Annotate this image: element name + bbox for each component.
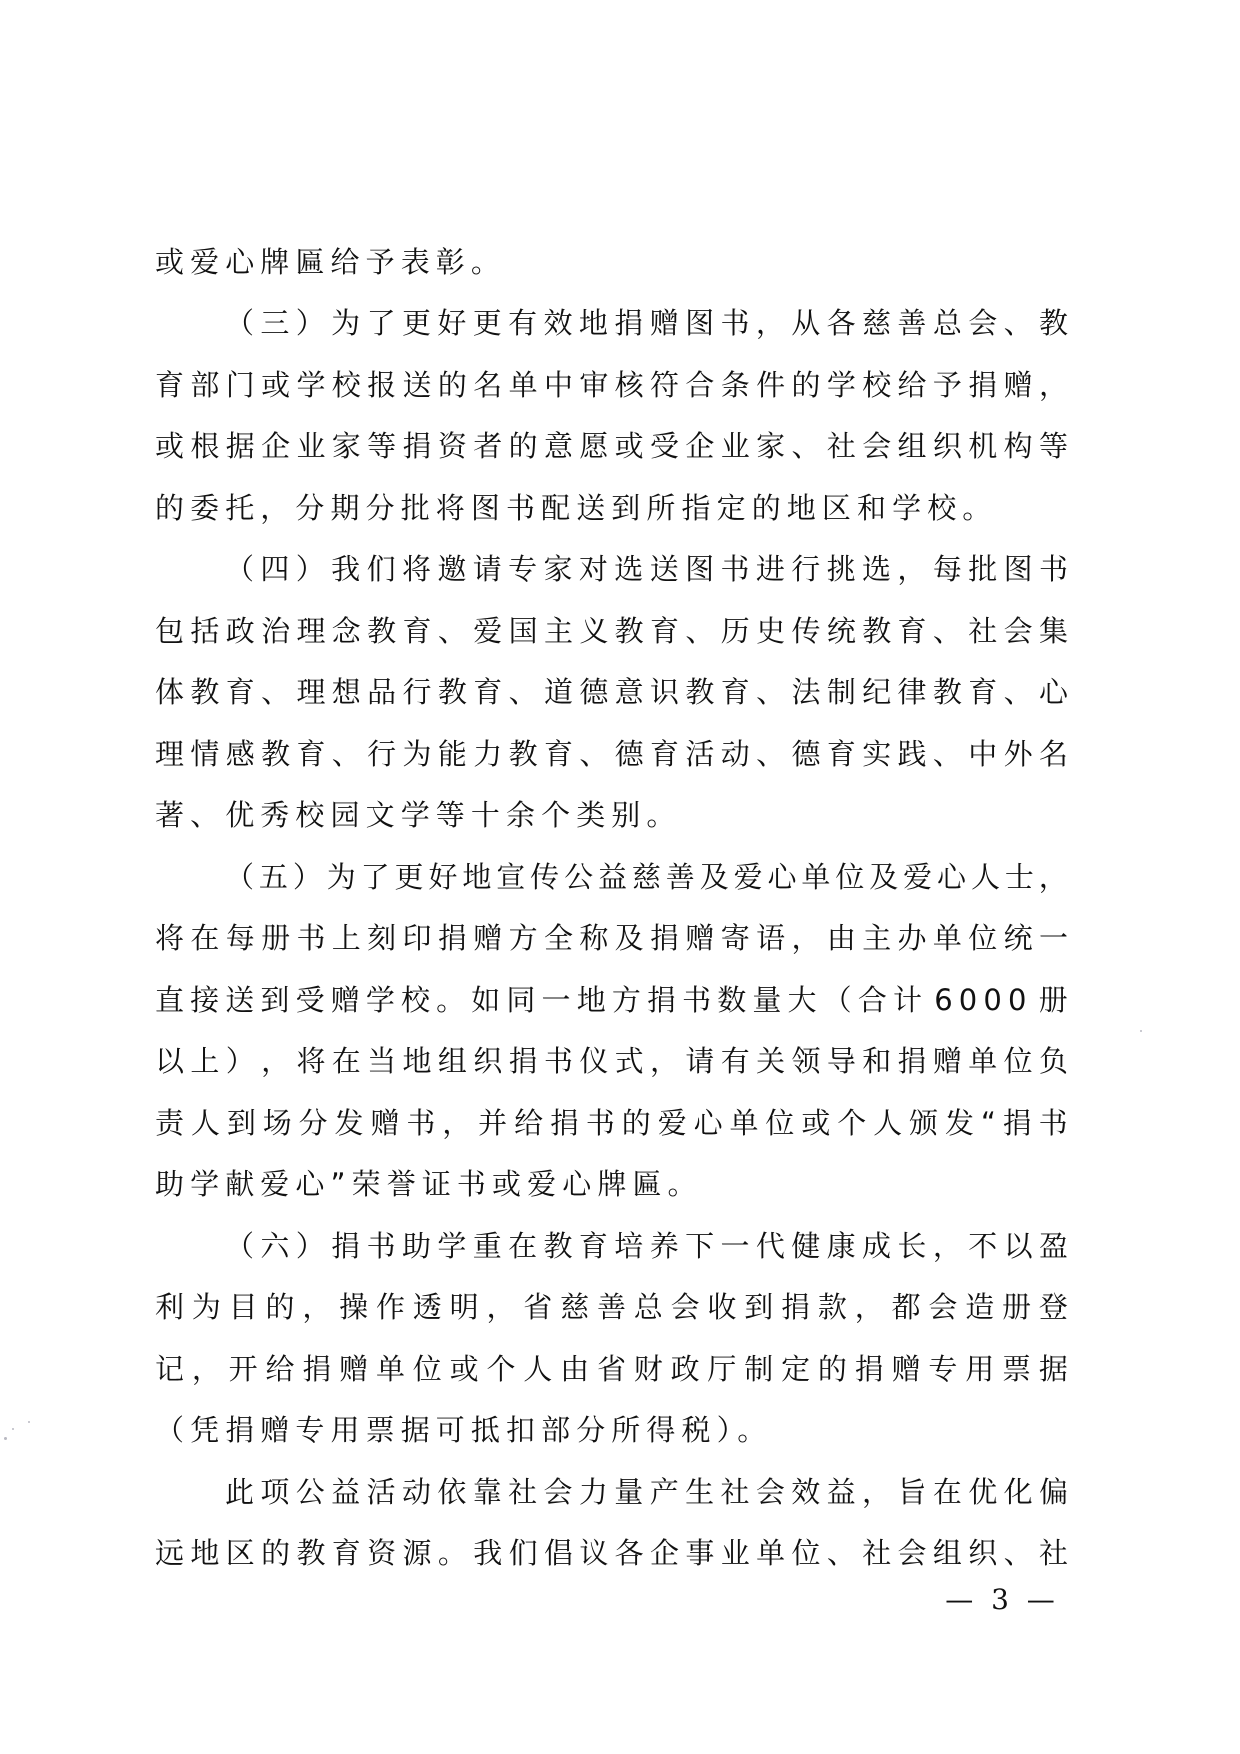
- text-line: （凭捐赠专用票据可抵扣部分所得税）。: [155, 1410, 772, 1450]
- text-line: 或爱心牌匾给予表彰。: [155, 242, 506, 282]
- text-line: 记，开给捐赠单位或个人由省财政厅制定的捐赠专用票据: [155, 1349, 1068, 1389]
- text-line: 责人到场分发赠书，并给捐书的爱心单位或个人颁发“捐书: [155, 1103, 1068, 1143]
- text-line: 著、优秀校园文学等十余个类别。: [155, 795, 682, 835]
- text-line: 以上），将在当地组织捐书仪式，请有关领导和捐赠单位负: [155, 1041, 1068, 1081]
- text-line: 育部门或学校报送的名单中审核符合条件的学校给予捐赠，: [155, 365, 1068, 405]
- scan-speck: [12, 1428, 14, 1430]
- scan-speck: [4, 1437, 7, 1440]
- text-line: 的委托，分期分批将图书配送到所指定的地区和学校。: [155, 488, 997, 528]
- paragraph-4-heading-line: （四）我们将邀请专家对选送图书进行挑选，每批图书: [225, 549, 1068, 589]
- paragraph-5-heading-line: （五）为了更好地宣传公益慈善及爱心单位及爱心人士，: [225, 857, 1068, 897]
- document-page: 或爱心牌匾给予表彰。 （三）为了更好更有效地捐赠图书，从各慈善总会、教 育部门或…: [0, 0, 1240, 1754]
- text-line: 利为目的，操作透明，省慈善总会收到捐款，都会造册登: [155, 1287, 1068, 1327]
- scan-speck: [28, 1421, 30, 1423]
- text-line: 助学献爱心”荣誉证书或爱心牌匾。: [155, 1164, 703, 1204]
- text-line: 远地区的教育资源。我们倡议各企事业单位、社会组织、社: [155, 1533, 1068, 1573]
- text-line: 直接送到受赠学校。如同一地方捐书数量大（合计 6000 册: [155, 980, 1068, 1020]
- paragraph-6-heading-line: （六）捐书助学重在教育培养下一代健康成长，不以盈: [225, 1226, 1068, 1266]
- text-line: 将在每册书上刻印捐赠方全称及捐赠寄语，由主办单位统一: [155, 918, 1068, 958]
- scan-speck: [1140, 1030, 1142, 1032]
- text-line: 体教育、理想品行教育、道德意识教育、法制纪律教育、心: [155, 672, 1068, 712]
- closing-paragraph-line: 此项公益活动依靠社会力量产生社会效益，旨在优化偏: [225, 1472, 1068, 1512]
- text-line: 包括政治理念教育、爱国主义教育、历史传统教育、社会集: [155, 611, 1068, 651]
- text-line: 理情感教育、行为能力教育、德育活动、德育实践、中外名: [155, 734, 1068, 774]
- page-number: — 3 —: [940, 1582, 1060, 1618]
- paragraph-3-heading-line: （三）为了更好更有效地捐赠图书，从各慈善总会、教: [225, 303, 1068, 343]
- text-line: 或根据企业家等捐资者的意愿或受企业家、社会组织机构等: [155, 426, 1068, 466]
